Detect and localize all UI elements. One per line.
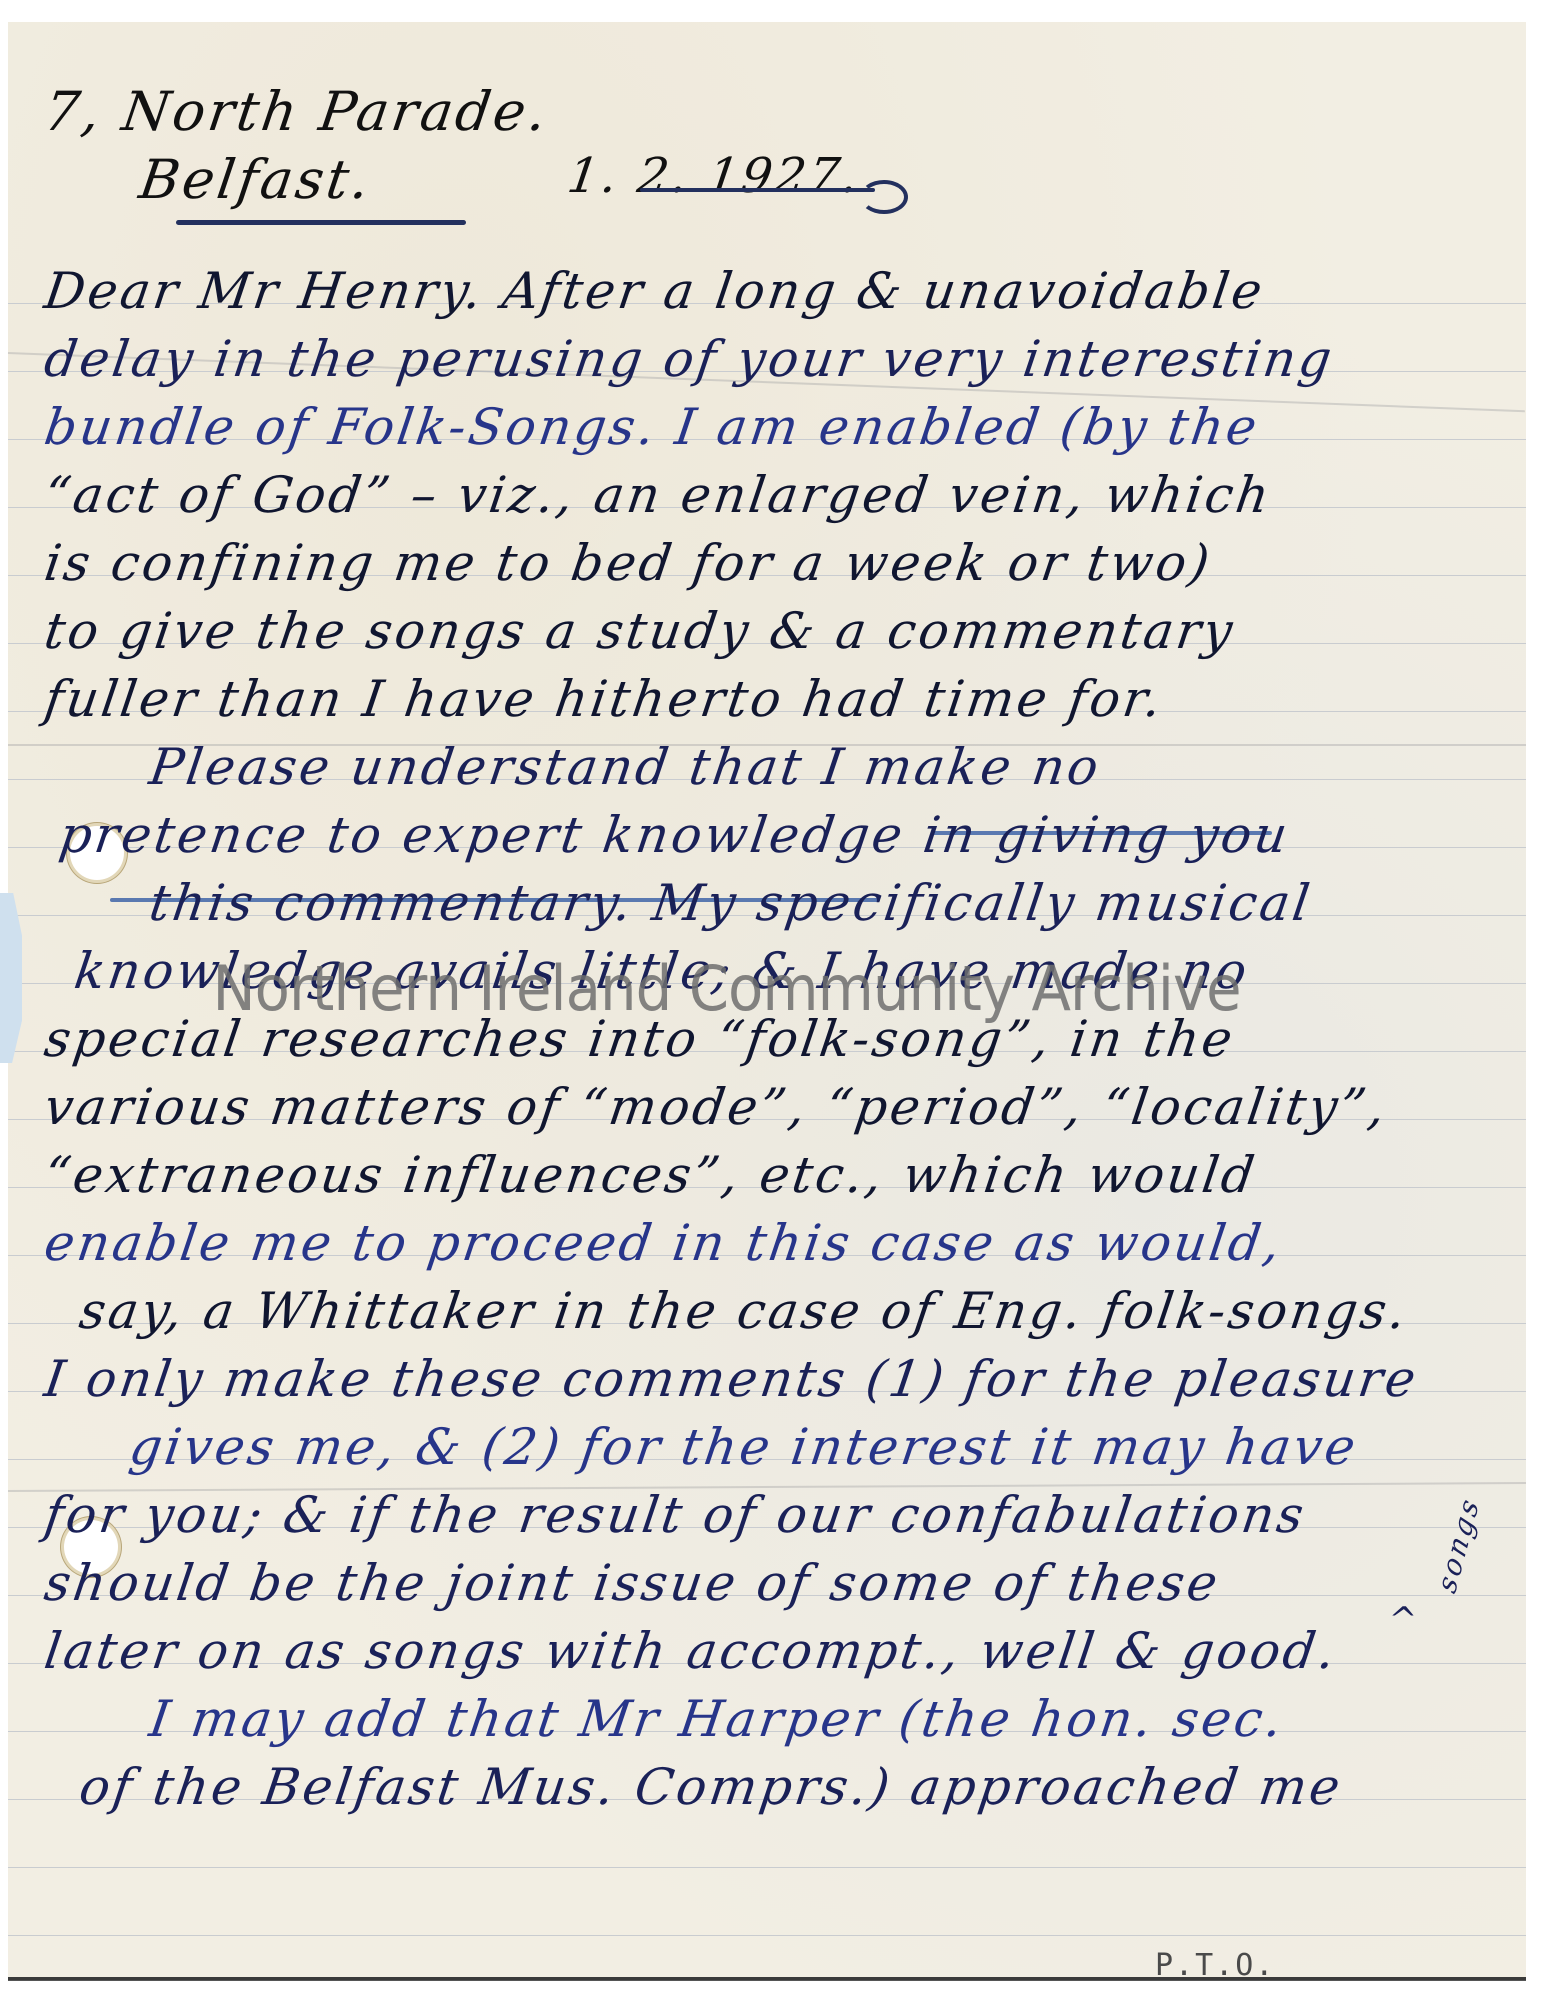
body-line: Please understand that I make no (146, 738, 1105, 796)
body-line: “extraneous influences”, etc., which wou… (41, 1146, 1261, 1204)
pto-stamp: P.T.O. (1155, 1948, 1275, 1983)
body-line: gives me, & (2) for the interest it may … (126, 1418, 1362, 1476)
rule-line (8, 1935, 1526, 1936)
body-line: this commentary. My specifically musical (146, 874, 1316, 932)
body-line: is confining me to bed for a week or two… (41, 534, 1216, 592)
date-flourish (860, 180, 908, 214)
body-line: “act of God” – viz., an enlarged vein, w… (41, 466, 1276, 524)
body-line: bundle of Folk-Songs. I am enabled (by t… (41, 398, 1263, 456)
body-line: of the Belfast Mus. Comprs.) approached … (76, 1758, 1347, 1816)
body-line: Dear Mr Henry. After a long & unavoidabl… (41, 262, 1269, 320)
rule-line (8, 1867, 1526, 1868)
body-line: enable me to proceed in this case as wou… (41, 1214, 1287, 1272)
body-line: delay in the perusing of your very inter… (41, 330, 1338, 388)
body-line: later on as songs with accompt., well & … (41, 1622, 1341, 1680)
body-line: for you; & if the result of our confabul… (41, 1486, 1310, 1544)
body-line: I only make these comments (1) for the p… (41, 1350, 1422, 1408)
address-underline (176, 220, 466, 225)
body-line: to give the songs a study & a commentary (41, 602, 1239, 660)
body-line: I may add that Mr Harper (the hon. sec. (146, 1690, 1288, 1748)
letter-date: 1. 2. 1927. (564, 148, 864, 204)
address-line-2: Belfast. (136, 148, 377, 211)
address-line-1: 7, North Parade. (41, 80, 554, 143)
body-line: should be the joint issue of some of the… (41, 1554, 1224, 1612)
body-line: fuller than I have hitherto had time for… (41, 670, 1168, 728)
body-line: pretence to expert knowledge in giving y… (56, 806, 1294, 864)
body-line: say, a Whittaker in the case of Eng. fol… (76, 1282, 1412, 1340)
date-underline (640, 188, 875, 192)
insertion-caret: ^ (1385, 1600, 1422, 1640)
body-line: various matters of “mode”, “period”, “lo… (41, 1078, 1392, 1136)
archive-watermark: Northern Ireland Community Archive (150, 952, 1303, 1025)
